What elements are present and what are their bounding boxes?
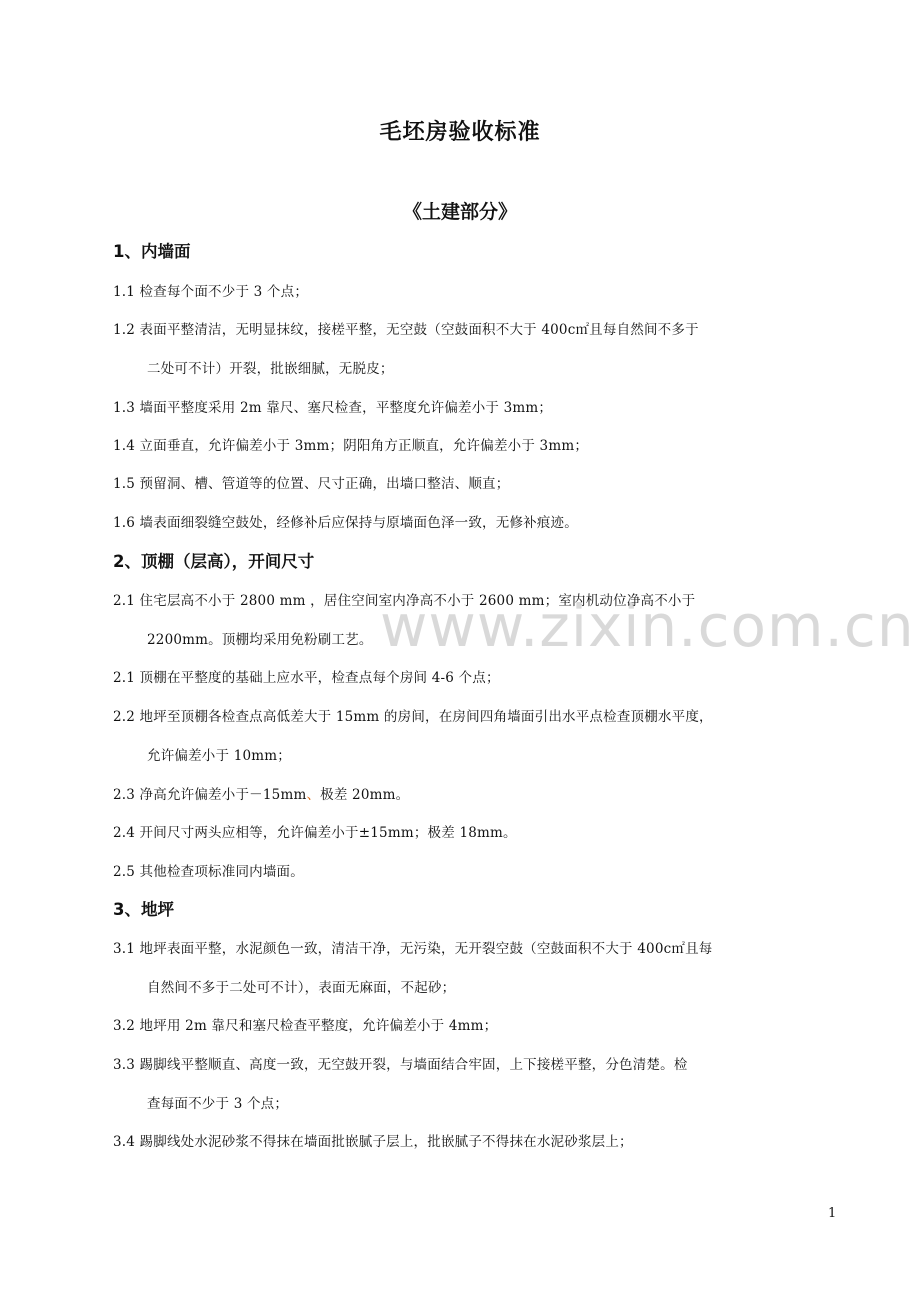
page-number: 1 bbox=[828, 1206, 836, 1221]
list-item: 2.1 顶棚在平整度的基础上应水平，检查点每个房间 4-6 个点； bbox=[113, 666, 500, 686]
document-page: www.zixin.com.cn 毛坯房验收标准 《土建部分》 1、内墙面 1.… bbox=[0, 0, 920, 1302]
list-item-text: 2.3 净高允许偏差小于－15mm bbox=[113, 787, 306, 803]
list-item-text-tail: 极差 20mm。 bbox=[320, 787, 409, 803]
list-item-continuation: 2200mm。顶棚均采用免粉刷工艺。 bbox=[147, 628, 373, 648]
section-heading: 2、顶棚（层高），开间尺寸 bbox=[113, 548, 314, 572]
list-item-continuation: 查每面不少于 3 个点； bbox=[147, 1092, 288, 1112]
list-item: 2.4 开间尺寸两头应相等，允许偏差小于±15mm；极差 18mm。 bbox=[113, 821, 517, 841]
section-heading: 1、内墙面 bbox=[113, 238, 190, 262]
list-item: 3.1 地坪表面平整，水泥颜色一致，清洁干净，无污染，无开裂空鼓（空鼓面积不大于… bbox=[113, 937, 712, 957]
accent-mark: 、 bbox=[306, 787, 320, 803]
list-item: 1.3 墙面平整度采用 2m 靠尺、塞尺检查，平整度允许偏差小于 3mm； bbox=[113, 396, 552, 416]
list-item: 1.1 检查每个面不少于 3 个点； bbox=[113, 280, 308, 300]
list-item: 1.6 墙表面细裂缝空鼓处，经修补后应保持与原墙面色泽一致，无修补痕迹。 bbox=[113, 511, 578, 531]
list-item-continuation: 自然间不多于二处可不计），表面无麻面，不起砂； bbox=[147, 976, 455, 996]
list-item-continuation: 允许偏差小于 10mm； bbox=[147, 744, 291, 764]
list-item-continuation: 二处可不计）开裂，批嵌细腻，无脱皮； bbox=[147, 357, 394, 377]
list-item: 3.2 地坪用 2m 靠尺和塞尺检查平整度，允许偏差小于 4mm； bbox=[113, 1014, 497, 1034]
list-item: 2.5 其他检查项标准同内墙面。 bbox=[113, 860, 304, 880]
list-item: 2.2 地坪至顶棚各检查点高低差大于 15mm 的房间，在房间四角墙面引出水平点… bbox=[113, 705, 713, 725]
document-subtitle: 《土建部分》 bbox=[0, 197, 920, 224]
list-item: 2.3 净高允许偏差小于－15mm、极差 20mm。 bbox=[113, 783, 409, 803]
list-item: 2.1 住宅层高不小于 2800 mm ，居住空间室内净高不小于 2600 mm… bbox=[113, 589, 695, 609]
list-item: 1.5 预留洞、槽、管道等的位置、尺寸正确，出墙口整洁、顺直； bbox=[113, 472, 509, 492]
section-heading: 3、地坪 bbox=[113, 896, 174, 920]
list-item: 3.4 踢脚线处水泥砂浆不得抹在墙面批嵌腻子层上，批嵌腻子不得抹在水泥砂浆层上； bbox=[113, 1130, 633, 1150]
list-item: 1.4 立面垂直，允许偏差小于 3mm；阴阳角方正顺直，允许偏差小于 3mm； bbox=[113, 434, 588, 454]
document-title: 毛坯房验收标准 bbox=[0, 115, 920, 146]
list-item: 3.3 踢脚线平整顺直、高度一致，无空鼓开裂，与墙面结合牢固，上下接槎平整，分色… bbox=[113, 1053, 688, 1073]
list-item: 1.2 表面平整清洁，无明显抹纹，接槎平整，无空鼓（空鼓面积不大于 400c㎡且… bbox=[113, 318, 699, 338]
